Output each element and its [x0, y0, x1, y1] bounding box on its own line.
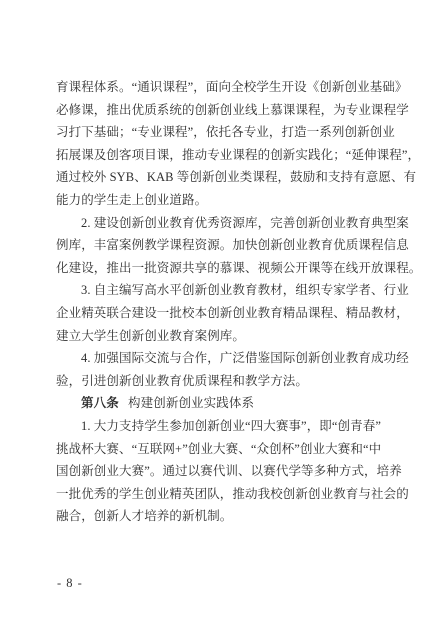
body-line: 国创新创业大赛”。通过以赛代训、以赛代学等多种方式，培养 — [56, 460, 396, 483]
body-line-numbered-3: 3. 自主编写高水平创新创业教育教材，组织专家学者、行业 — [56, 279, 396, 302]
body-line: 一批优秀的学生创业精英团队，推动我校创新创业教育与社会的 — [56, 483, 396, 506]
document-page: 育课程体系。“通识课程”，面向全校学生开设《创新创业基础》 必修课，推出优质系统… — [0, 0, 446, 630]
body-line: 必修课，推出优质系统的创新创业线上慕课课程，为专业课程学 — [56, 99, 396, 122]
body-line: 通过校外 SYB、KAB 等创新创业类课程，鼓励和支持有意愿、有 — [56, 166, 396, 189]
article-heading-number: 第八条 — [81, 396, 119, 410]
body-line: 建立大学生创新创业教育案例库。 — [56, 325, 396, 348]
body-line: 验，引进创新创业教育优质课程和教学方法。 — [56, 370, 396, 393]
body-line: 融合，创新人才培养的新机制。 — [56, 505, 396, 528]
body-line-numbered-1: 1. 大力支持学生参加创新创业“四大赛事”，即“创青春” — [56, 415, 396, 438]
body-line: 挑战杯大赛、“互联网+”创业大赛、“众创杯”创业大赛和“中 — [56, 438, 396, 461]
body-line: 拓展课及创客项目课，推动专业课程的创新实践化；“延伸课程”， — [56, 144, 396, 167]
body-line-numbered-4: 4. 加强国际交流与合作，广泛借鉴国际创新创业教育成功经 — [56, 347, 396, 370]
page-number: - 8 - — [57, 575, 83, 591]
body-line-numbered-2: 2. 建设创新创业教育优秀资源库，完善创新创业教育典型案 — [56, 212, 396, 235]
article-heading-title: 构建创新创业实践体系 — [128, 396, 254, 410]
body-line: 能力的学生走上创业道路。 — [56, 189, 396, 212]
body-line: 例库，丰富案例教学课程资源。加快创新创业教育优质课程信息 — [56, 234, 396, 257]
article-heading: 第八条 构建创新创业实践体系 — [56, 392, 396, 415]
document-body: 育课程体系。“通识课程”，面向全校学生开设《创新创业基础》 必修课，推出优质系统… — [56, 76, 396, 528]
body-line: 习打下基础；“专业课程”，依托各专业，打造一系列创新创业 — [56, 121, 396, 144]
body-line: 企业精英联合建设一批校本创新创业教育精品课程、精品教材， — [56, 302, 396, 325]
body-line: 化建设，推出一批资源共享的慕课、视频公开课等在线开放课程。 — [56, 257, 396, 280]
body-line: 育课程体系。“通识课程”，面向全校学生开设《创新创业基础》 — [56, 76, 396, 99]
